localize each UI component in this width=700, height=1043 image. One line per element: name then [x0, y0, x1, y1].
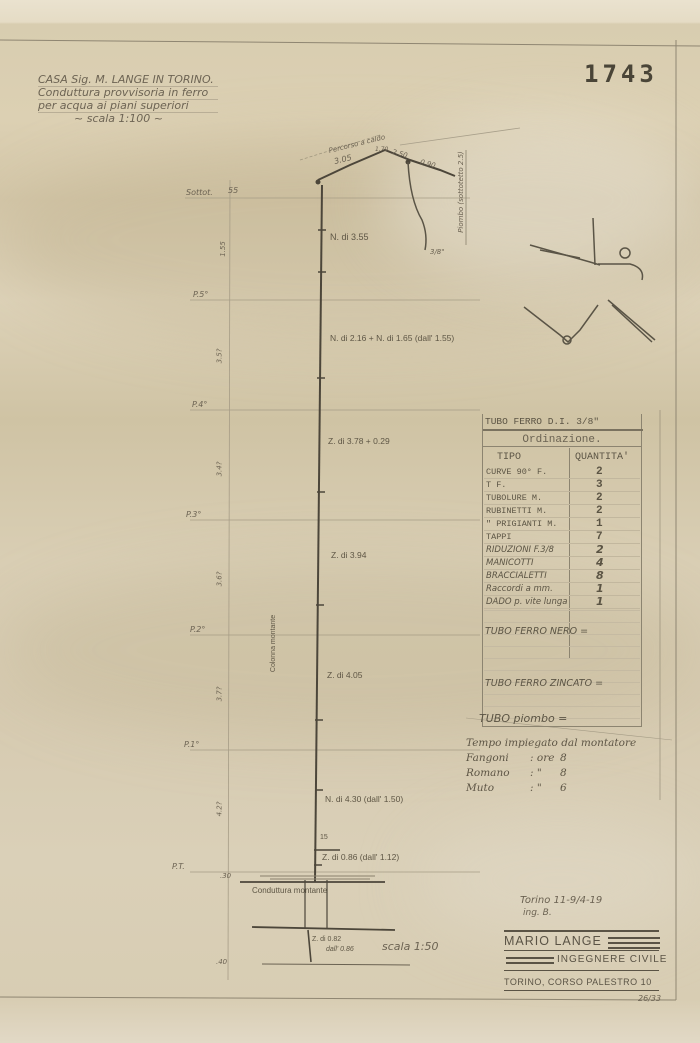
ruled-line: [484, 658, 640, 659]
labor-title: Tempo impiegato dal montatore: [466, 736, 636, 751]
stamp-rule: [608, 937, 660, 939]
stamp-rule: [506, 962, 554, 964]
col-qty-header: QUANTITA': [575, 452, 629, 463]
stamp-rule: [506, 957, 554, 959]
top-dim-2: 1.70: [375, 146, 388, 153]
stamp-title: INGEGNERE CIVILE: [557, 954, 667, 965]
tubo-ferro-zincato: TUBO FERRO ZINCATO =: [485, 678, 603, 689]
labor-row: Fangoni: ore8: [466, 751, 636, 766]
top-dimension: 55: [228, 186, 238, 195]
note-z1: Z. di 3.78 + 0.29: [328, 436, 390, 446]
main-pipe-label: Conduttura montante: [252, 886, 327, 895]
stamp-rule: [608, 942, 660, 944]
stamp-rule: [608, 947, 660, 949]
height-dim: 3.7?: [215, 687, 223, 702]
title-scale: ~ scala 1:100 ~: [38, 113, 218, 125]
stamp-name: MARIO LANGE: [504, 934, 602, 948]
note-n2: N. di 2.16 + N. di 1.65 (dall' 1.55): [330, 333, 454, 343]
plumb-note: Piombo (sottotetto 2.5): [457, 151, 465, 233]
drop-size: 3/8": [430, 248, 445, 256]
note-z2: Z. di 3.94: [331, 550, 366, 560]
note-z4: Z. di 0.86 (dall' 1.12): [322, 852, 399, 862]
floor-label-p5: P.5°: [193, 290, 208, 299]
sheet-reference: 26/33: [638, 994, 661, 1003]
table-row: T F.3: [484, 479, 640, 492]
col-type-header: TIPO: [497, 452, 521, 463]
table-row: BRACCIALETTI8: [484, 570, 640, 583]
title-block: CASA Sig. M. LANGE IN TORINO. Conduttura…: [38, 74, 218, 125]
height-dim: .30: [220, 872, 231, 880]
stamp-rule: [504, 930, 659, 932]
riser-label: Colonna montante: [270, 615, 277, 672]
ruled-line: [484, 622, 640, 623]
floor-label-p2: P.2°: [190, 625, 205, 634]
note-z5-line2: dall' 0.86: [326, 946, 354, 953]
labor-row: Muto: "6: [466, 781, 636, 796]
stamp-rule: [504, 950, 659, 951]
table-row: RUBINETTI M.2: [484, 505, 640, 518]
place-date: Torino 11-9/4-19: [520, 895, 602, 906]
height-dim: 3.6?: [215, 572, 223, 587]
table-row: DADO p. vite lunga1: [484, 596, 640, 609]
stamp-rule: [504, 990, 659, 991]
table-row: CURVE 90° F.2: [484, 466, 640, 479]
tubo-ferro-nero: TUBO FERRO NERO =: [485, 626, 588, 637]
height-dim: 3.4?: [215, 462, 223, 477]
drawing-number: 1743: [584, 60, 658, 88]
floor-label-p1: P.1°: [184, 740, 199, 749]
tubo-piombo: TUBO piombo =: [479, 712, 567, 725]
height-dim: .40: [216, 958, 227, 966]
labor-block: Tempo impiegato dal montatore Fangoni: o…: [466, 736, 636, 796]
table-row: RIDUZIONI F.3/82: [484, 544, 640, 557]
ruled-line: [484, 646, 640, 647]
stamp-rule: [504, 970, 659, 971]
floor-label-p4: P.4°: [192, 400, 207, 409]
ruled-line: [484, 610, 640, 611]
note-n1: N. di 3.55: [330, 232, 369, 242]
note-z3: Z. di 4.05: [327, 670, 362, 680]
table-row: MANICOTTI4: [484, 557, 640, 570]
ruled-line: [484, 694, 640, 695]
floor-label-sottotetto: Sottot.: [186, 188, 213, 197]
height-dim: 3.5?: [215, 349, 223, 364]
height-dim: 4.2?: [215, 802, 223, 817]
detail-scale: scala 1:50: [382, 940, 439, 953]
floor-label-pt: P.T.: [172, 862, 185, 871]
height-dim: 1.55: [219, 241, 227, 257]
initials: ing. B.: [523, 908, 552, 918]
branch-mark: 15: [320, 834, 328, 841]
order-table-header: TUBO FERRO D.I. 3/8": [483, 414, 643, 431]
ruled-line: [484, 670, 640, 671]
note-n3: N. di 4.30 (dall' 1.50): [325, 794, 403, 804]
labor-row: Romano: "8: [466, 766, 636, 781]
table-row: Raccordi a mm.1: [484, 583, 640, 596]
ruled-line: [484, 706, 640, 707]
order-table: TUBO FERRO D.I. 3/8" Ordinazione. TIPO Q…: [482, 414, 642, 727]
stamp-address: TORINO, CORSO PALESTRO 10: [504, 977, 652, 987]
table-row: TAPPI7: [484, 531, 640, 544]
table-row: TUBOLURE M.2: [484, 492, 640, 505]
order-table-subtitle: Ordinazione.: [483, 434, 641, 447]
note-z5-line1: Z. di 0.82: [312, 936, 341, 943]
table-row: " PRIGIANTI M.1: [484, 518, 640, 531]
drawing-sheet: CASA Sig. M. LANGE IN TORINO. Conduttura…: [0, 0, 700, 1043]
floor-label-p3: P.3°: [186, 510, 201, 519]
